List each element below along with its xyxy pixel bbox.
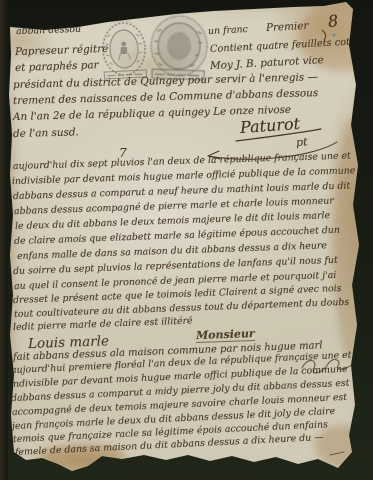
signature-paturot: Paturot [239, 115, 300, 137]
page-number: 8 [327, 12, 339, 31]
act1-marginal-scrawl: Monsieur [196, 328, 255, 343]
faded-orange-mark [138, 7, 172, 10]
certification-left-line: Papreseur régitre [15, 44, 109, 59]
margin-note-premier: Premier [266, 21, 309, 35]
certification-left-line: et paraphés par [15, 60, 99, 74]
certification-right-line: Moy J. B. paturot vice [210, 55, 324, 72]
margin-note-place: abban dessou [16, 25, 81, 38]
margin-note-duty: un franc [208, 25, 248, 37]
paraph-mark: pt [296, 136, 308, 149]
certification-body-line: de l'an susd. [13, 127, 79, 140]
photo-edge-shadow [0, 0, 8, 480]
manuscript-paper-sheet: abban dessou un franc Premier 8 Papreseu… [0, 0, 373, 480]
